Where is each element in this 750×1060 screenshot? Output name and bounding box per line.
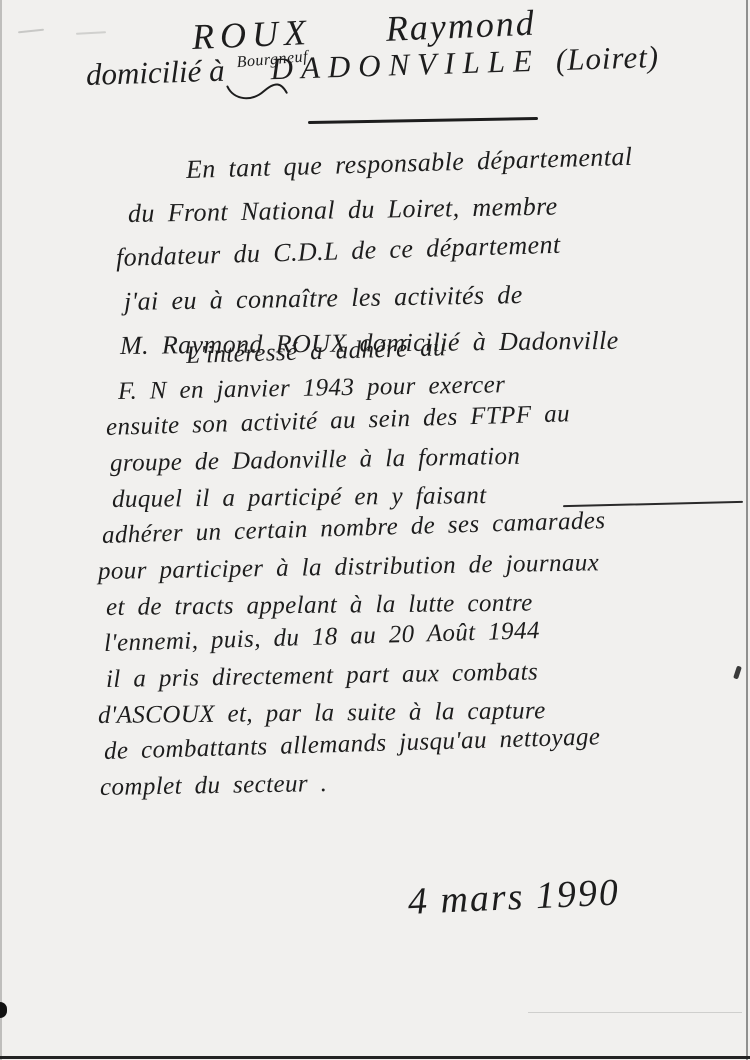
- handwritten-divider-line: [308, 117, 538, 124]
- scan-crease-line: [528, 1012, 742, 1013]
- city-name: DADONVILLE: [270, 43, 540, 86]
- ink-speck: [733, 666, 742, 680]
- header-domicile-line: domicilié àBourgneufDADONVILLE(Loiret): [85, 39, 659, 93]
- paragraph-2: L'intéressé a adhéré au F. N en janvier …: [98, 338, 606, 806]
- date-line: 4 mars 1990: [407, 870, 621, 924]
- pencil-mark: [18, 29, 44, 34]
- department-name: (Loiret): [555, 39, 659, 77]
- handwritten-line: il a pris directement part aux combats: [106, 653, 606, 698]
- scan-edge-right: [746, 0, 748, 1060]
- handwritten-line: pour participer à la distribution de jou…: [98, 545, 606, 590]
- scanned-handwritten-document: ROUX Raymond domicilié àBourgneufDADONVI…: [0, 0, 750, 1060]
- ink-blot: [0, 1002, 7, 1018]
- domicile-prefix: domicilié à: [85, 53, 225, 92]
- handwritten-line: groupe de Dadonville à la formation: [110, 437, 606, 482]
- scan-edge-bottom: [0, 1056, 750, 1059]
- insertion-caret-squiggle: [225, 79, 290, 103]
- pencil-mark: [76, 31, 106, 35]
- handwritten-line: complet du secteur .: [100, 761, 606, 806]
- handwritten-line: j'ai eu à connaître les activités de: [124, 271, 633, 324]
- scan-edge-left: [0, 0, 2, 1060]
